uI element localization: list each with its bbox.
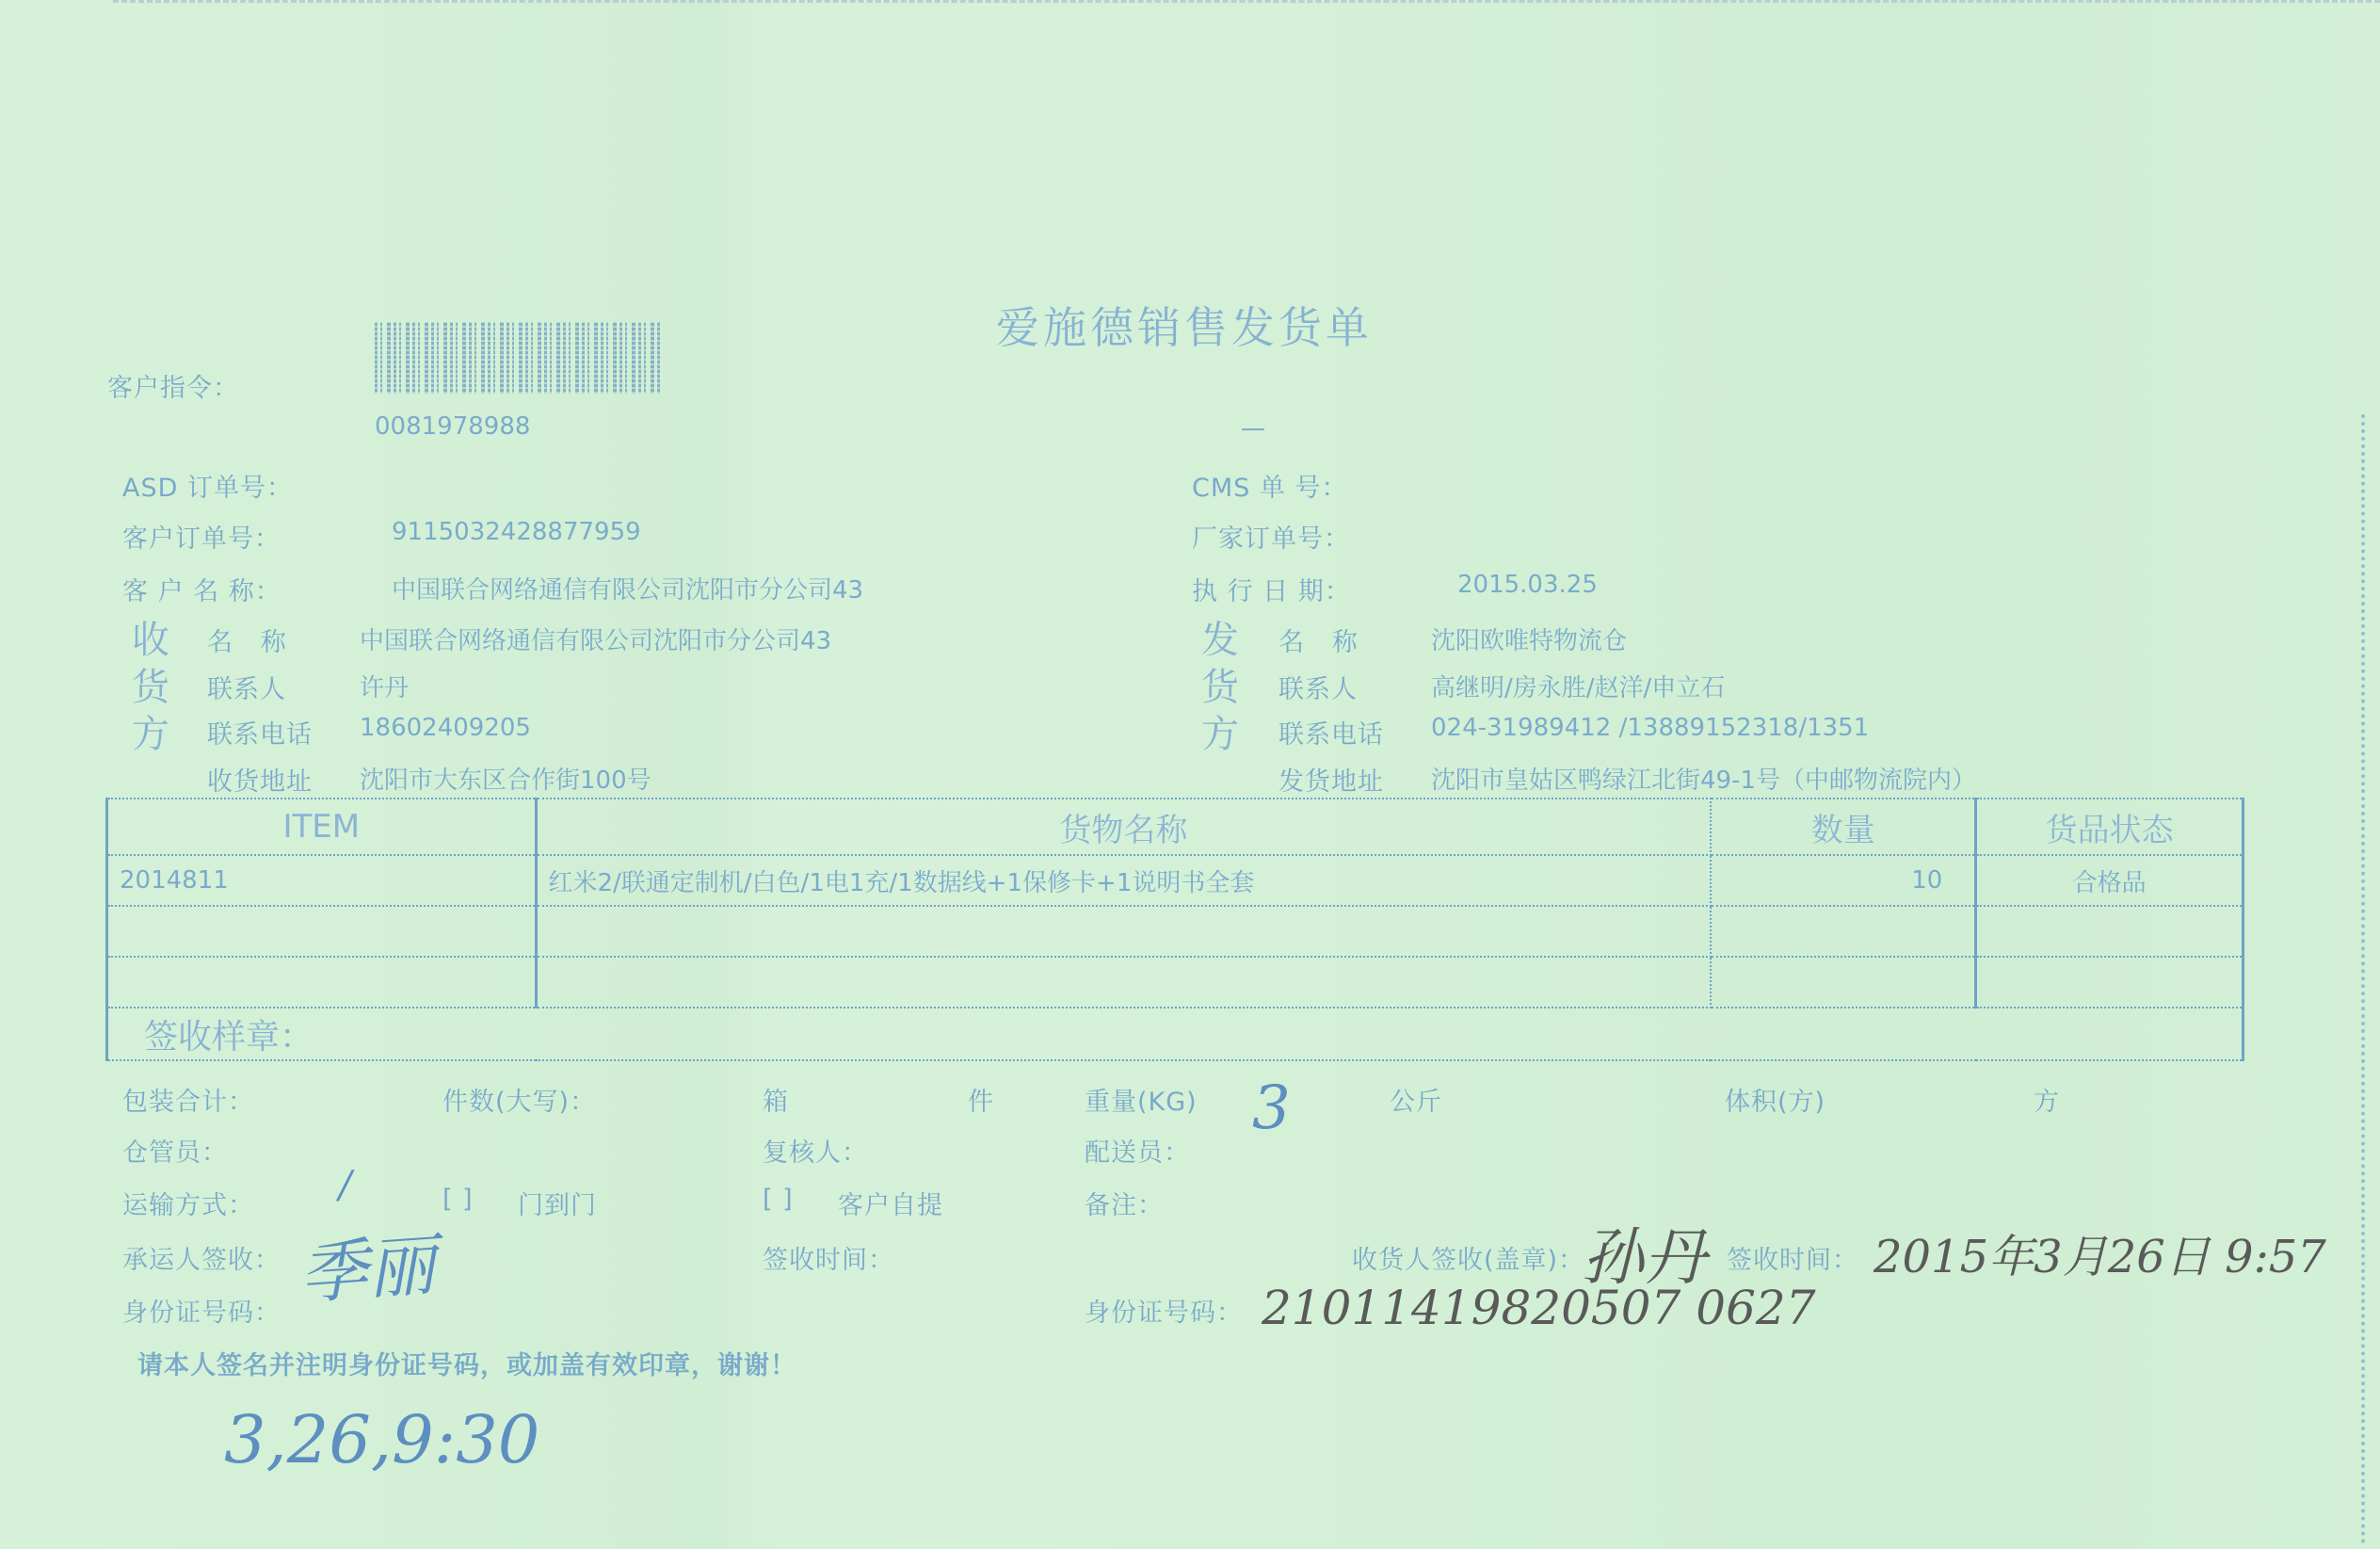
table-row (107, 957, 2243, 1008)
consignee-phone-label: 联系电话 (207, 714, 313, 750)
shipper-phone-label: 联系电话 (1278, 714, 1384, 750)
perforation-right (2361, 414, 2369, 1544)
cms-order-label: CMS 单 号： (1192, 467, 1347, 504)
remarks-label: 备注： (1085, 1185, 1164, 1221)
shipper-side-char-1: 发 (1201, 610, 1239, 664)
reviewer-label: 复核人： (763, 1132, 868, 1169)
cell-goods-status (1976, 957, 2243, 1008)
document-title: 爱施德销售发货单 (996, 294, 1373, 356)
consignee-contact-label: 联系人 (207, 669, 286, 705)
shipper-name-value: 沈阳欧唯特物流仓 (1431, 621, 1627, 656)
exec-date-label: 执 行 日 期： (1192, 571, 1351, 607)
perforation-top (113, 0, 2380, 8)
customer-order-label: 客户订单号： (122, 518, 281, 555)
consignee-name-label: 名 称 (207, 621, 287, 658)
handwritten-note: 3,26,9:30 (224, 1401, 539, 1478)
sign-stamp-label: 签收样章： (107, 1008, 2243, 1060)
cell-goods-name: 红米2/联通定制机/白色/1电1充/1数据线+1保修卡+1说明书全套 (536, 855, 1711, 906)
consignee-contact-value: 许丹 (360, 669, 409, 703)
cell-quantity (1711, 957, 1976, 1008)
shipper-name-label: 名 称 (1278, 621, 1359, 658)
shipper-side-char-3: 方 (1201, 704, 1239, 758)
piece-label: 件 (968, 1081, 994, 1118)
customer-instruction-label: 客户指令： (107, 367, 239, 404)
exec-date-value: 2015.03.25 (1457, 571, 1598, 599)
barcode-number: 0081978988 (375, 412, 530, 441)
id-label-left: 身份证号码： (122, 1292, 281, 1329)
consignee-side-char-3: 方 (132, 704, 169, 758)
cell-goods-name (536, 906, 1711, 957)
shipper-side-char-2: 货 (1201, 657, 1239, 711)
cell-goods-status (1976, 906, 2243, 957)
consignee-phone-value: 18602409205 (360, 714, 531, 742)
carrier-signature: 季丽 (297, 1210, 439, 1317)
receiver-sign-label: 收货人签收(盖章)： (1352, 1239, 1584, 1276)
kg-unit-label: 公斤 (1390, 1081, 1442, 1118)
factory-order-label: 厂家订单号： (1192, 518, 1350, 555)
table-row (107, 906, 2243, 957)
self-pickup-checkbox[interactable]: [ ] (763, 1185, 794, 1214)
self-pickup-label: 客户自提 (838, 1185, 943, 1221)
signature-notice: 请本人签名并注明身份证号码，或加盖有效印章，谢谢！ (137, 1345, 796, 1381)
carrier-sign-label: 承运人签收： (122, 1239, 281, 1276)
consignee-name-value: 中国联合网络通信有限公司沈阳市分公司43 (360, 621, 831, 656)
shipper-contact-value: 高继明/房永胜/赵洋/申立石 (1431, 669, 1725, 703)
customer-order-value: 9115032428877959 (392, 518, 641, 546)
id-number-handwritten: 21011419820507 0627 (1262, 1281, 1816, 1335)
cell-item: 2014811 (107, 855, 537, 906)
volume-label: 体积(方) (1725, 1081, 1825, 1118)
consignee-side-char-1: 收 (132, 610, 169, 664)
header-quantity: 数量 (1711, 799, 1976, 855)
shipper-phone-value: 024-31989412 /13889152318/1351 (1431, 714, 1869, 742)
transport-handwritten-mark: / (339, 1164, 351, 1207)
cell-item (107, 957, 537, 1008)
barcode-icon (375, 322, 663, 394)
door-to-door-label: 门到门 (518, 1185, 597, 1221)
cell-goods-name (536, 957, 1711, 1008)
shipper-address-value: 沈阳市皇姑区鸭绿江北街49-1号（中邮物流院内） (1431, 761, 1976, 796)
header-goods-status: 货品状态 (1976, 799, 2243, 855)
customer-name-value: 中国联合网络通信有限公司沈阳市分公司43 (392, 571, 863, 605)
weight-label: 重量(KG) (1085, 1081, 1198, 1118)
consignee-address-value: 沈阳市大东区合作街100号 (360, 761, 651, 796)
consignee-side-char-2: 货 (132, 657, 169, 711)
weight-value-handwritten: 3 (1252, 1073, 1291, 1143)
cell-quantity: 10 (1711, 855, 1976, 906)
door-to-door-checkbox[interactable]: [ ] (442, 1185, 474, 1214)
warehouse-keeper-label: 仓管员： (122, 1132, 228, 1169)
consignee-address-label: 收货地址 (207, 761, 313, 798)
cell-goods-status: 合格品 (1976, 855, 2243, 906)
package-total-label: 包装合计： (122, 1081, 254, 1118)
pieces-upper-label: 件数(大写)： (442, 1081, 596, 1118)
id-label-right: 身份证号码： (1085, 1292, 1243, 1329)
transport-method-label: 运输方式： (122, 1185, 254, 1221)
dash-mark: — (1241, 414, 1265, 443)
header-item: ITEM (107, 799, 537, 855)
table-row: 2014811 红米2/联通定制机/白色/1电1充/1数据线+1保修卡+1说明书… (107, 855, 2243, 906)
sign-time-label-left: 签收时间： (763, 1239, 894, 1276)
cell-item (107, 906, 537, 957)
shipper-address-label: 发货地址 (1278, 761, 1384, 798)
items-table: ITEM 货物名称 数量 货品状态 2014811 红米2/联通定制机/白色/1… (105, 798, 2244, 1061)
customer-name-label: 客 户 名 称： (122, 571, 281, 607)
sign-time-value: 2015年3月26日 9:57 (1873, 1220, 2326, 1285)
header-goods-name: 货物名称 (536, 799, 1711, 855)
table-header-row: ITEM 货物名称 数量 货品状态 (107, 799, 2243, 855)
asd-order-label: ASD 订单号： (122, 467, 293, 504)
sign-time-label-right: 签收时间： (1727, 1239, 1858, 1276)
cell-quantity (1711, 906, 1976, 957)
delivery-person-label: 配送员： (1085, 1132, 1190, 1169)
sign-stamp-row: 签收样章： (107, 1008, 2243, 1060)
volume-unit-label: 方 (2034, 1081, 2060, 1118)
box-label: 箱 (763, 1081, 789, 1118)
shipper-contact-label: 联系人 (1278, 669, 1358, 705)
